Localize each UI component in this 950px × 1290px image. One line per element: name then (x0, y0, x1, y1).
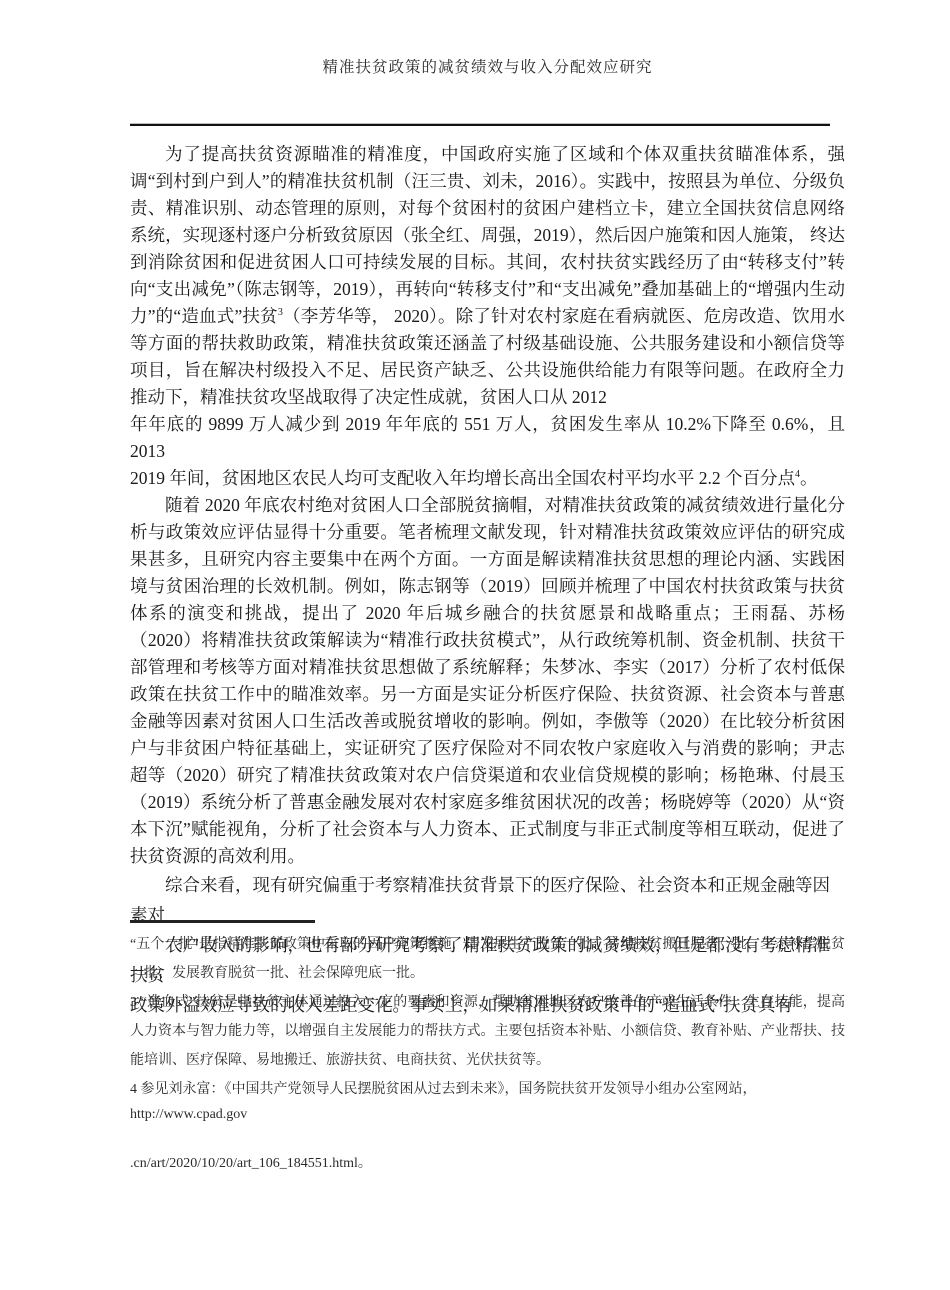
document-page: 精准扶贫政策的减贫绩效与收入分配效应研究 为了提高扶贫资源瞄准的精准度，中国政府… (0, 0, 950, 1290)
footnote-3-url-part2: .cn/art/2020/10/20/art_106_184551.html。 (130, 1153, 845, 1175)
footnote-3-url-part1: http://www.cpad.gov (130, 1104, 845, 1126)
paragraph-1: 为了提高扶贫资源瞄准的精准度，中国政府实施了区域和个体双重扶贫瞄准体系，强调“到… (130, 141, 845, 411)
footnote-separator-rule (130, 920, 315, 923)
paragraph-1-line2-text: 年年底的 9899 万人减少到 2019 年年底的 551 万人，贫困发生率从 … (130, 414, 845, 461)
paragraph-1-line2: 年年底的 9899 万人减少到 2019 年年底的 551 万人，贫困发生率从 … (130, 411, 845, 465)
paragraph-2: 随着 2020 年底农村绝对贫困人口全部脱贫摘帽，对精准扶贫政策的减贫绩效进行量… (130, 492, 845, 870)
footnote-2: 3 “造血式”扶贫是指扶贫主体通过投入一定的要素和资源，帮助贫困地区农户改善生产… (130, 988, 845, 1075)
paragraph-1-text: 为了提高扶贫资源瞄准的精准度，中国政府实施了区域和个体双重扶贫瞄准体系，强调“到… (130, 144, 845, 326)
paragraph-1-line3: 2019 年间，贫困地区农民人均可支配收入年均增长高出全国农村平均水平 2.2 … (130, 465, 845, 492)
footnote-3: 4 参见刘永富：《中国共产党领导人民摆脱贫困从过去到未来》，国务院扶贫开发领导小… (130, 1075, 845, 1104)
footnotes-section: “五个一批”是指精准扶贫政策中采取的因户施策措施，即发展生产脱贫一批、易地扶贫搬… (130, 920, 845, 1175)
paragraph-1-line3-text: 2019 年间，贫困地区农民人均可支配收入年均增长高出全国农村平均水平 2.2 … (130, 468, 795, 488)
document-body: 为了提高扶贫资源瞄准的精准度，中国政府实施了区域和个体双重扶贫瞄准体系，强调“到… (130, 141, 845, 1020)
footnote-1: “五个一批”是指精准扶贫政策中采取的因户施策措施，即发展生产脱贫一批、易地扶贫搬… (130, 930, 845, 988)
paper-title: 精准扶贫政策的减贫绩效与收入分配效应研究 (130, 55, 845, 77)
header-rule (130, 123, 830, 126)
paragraph-1-line3-end: 。 (800, 468, 818, 488)
